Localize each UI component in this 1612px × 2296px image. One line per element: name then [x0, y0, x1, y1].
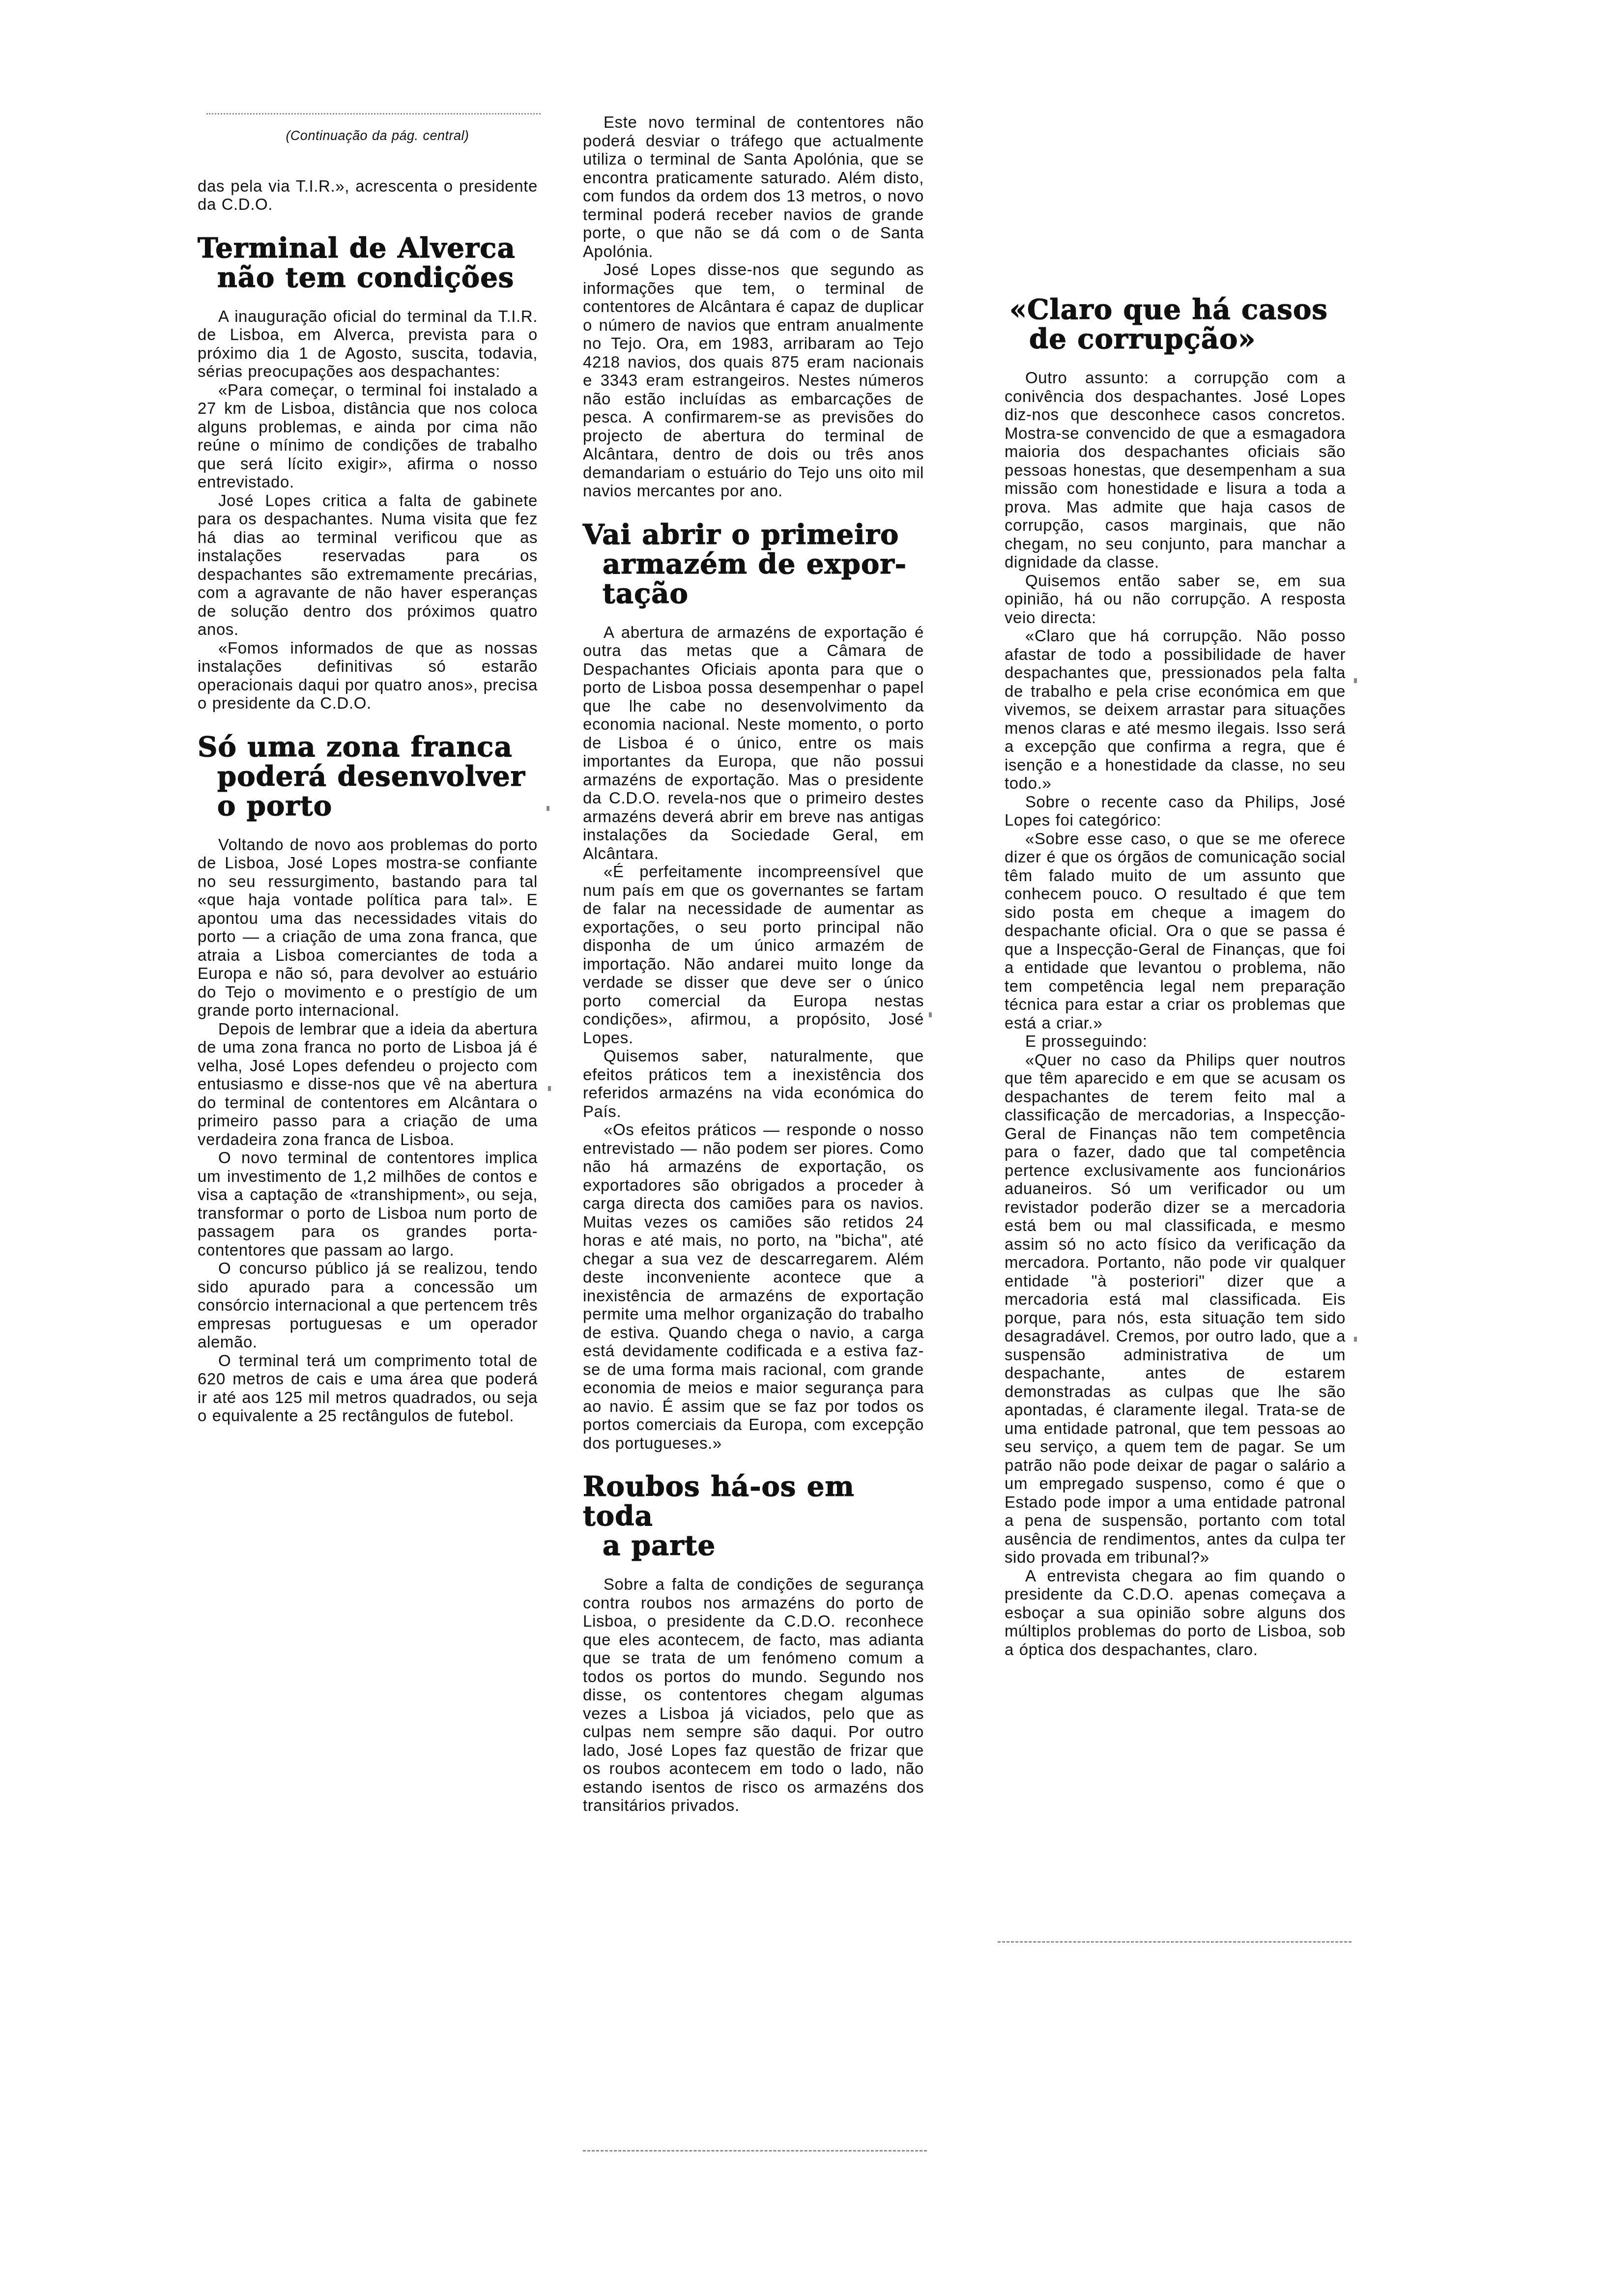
paragraph: «Fomos informados de que as nossas insta… [198, 639, 538, 713]
scan-speck [1354, 678, 1357, 683]
headline-roubos: Roubos há-os em toda a parte [583, 1472, 924, 1560]
headline-terminal-alverca: Terminal de Alverca não tem condições [198, 233, 538, 292]
scan-speck [547, 806, 549, 811]
continuation-note: (Continuação da pág. central) [198, 127, 538, 145]
intro-text: das pela via T.I.R.», acrescenta o presi… [198, 177, 538, 214]
paragraph: «Quer no caso da Philips quer noutros qu… [1005, 1051, 1346, 1567]
paragraph: José Lopes critica a falta de gabinete p… [198, 491, 538, 639]
headline-corrupcao: «Claro que há casos de corrupção» [1005, 295, 1346, 354]
right-column: «Claro que há casos de corrupção» Outro … [1005, 295, 1346, 1659]
paragraph: «É perfeitamente incompreensível que num… [583, 862, 924, 1047]
paragraph: Sobre a falta de condições de segurança … [583, 1575, 924, 1815]
paragraph: O concurso público já se realizou, tendo… [198, 1259, 538, 1351]
scan-speck [1354, 1337, 1357, 1342]
paragraph: Depois de lembrar que a ideia da abertur… [198, 1020, 538, 1149]
headline-line-3: tação [583, 579, 924, 608]
headline-line-2: armazém de expor- [583, 549, 924, 579]
torn-bottom-edge-right [998, 1941, 1352, 1943]
paragraph: A inauguração oficial do terminal da T.I… [198, 307, 538, 381]
paragraph: «Os efeitos práticos — responde o nosso … [583, 1120, 924, 1452]
paragraph: Sobre o recente caso da Philips, José Lo… [1005, 793, 1346, 830]
left-column: (Continuação da pág. central) das pela v… [198, 127, 538, 1425]
paragraph: Voltando de novo aos problemas do porto … [198, 835, 538, 1020]
headline-line-2: não tem condições [198, 263, 538, 292]
torn-top-edge [206, 113, 541, 115]
headline-line-2: a parte [583, 1531, 924, 1560]
headline-line-2: poderá desenvolver [198, 762, 538, 791]
headline-armazem-exportacao: Vai abrir o primeiro armazém de expor- t… [583, 520, 924, 608]
headline-line-1: Roubos há-os em toda [583, 1470, 855, 1532]
headline-line-1: «Claro que há casos [1009, 293, 1328, 326]
paragraph: Quisemos então saber se, em sua opinião,… [1005, 572, 1346, 627]
headline-zona-franca: Só uma zona franca poderá desenvolver o … [198, 732, 538, 821]
newspaper-page: (Continuação da pág. central) das pela v… [0, 0, 1612, 2296]
paragraph: O terminal terá um comprimento total de … [198, 1351, 538, 1425]
scan-speck [929, 1012, 932, 1017]
paragraph: «Sobre esse caso, o que se me oferece di… [1005, 830, 1346, 1033]
paragraph: Outro assunto: a corrupção com a conivên… [1005, 369, 1346, 572]
torn-bottom-edge-middle [583, 2150, 927, 2152]
paragraph: José Lopes disse-nos que segundo as info… [583, 260, 924, 500]
headline-line-1: Só uma zona franca [198, 731, 513, 763]
paragraph: A abertura de armazéns de exportação é o… [583, 623, 924, 863]
middle-column: Este novo terminal de contentores não po… [583, 113, 924, 1815]
paragraph: Quisemos saber, naturalmente, que efeito… [583, 1047, 924, 1120]
paragraph: E prosseguindo: [1005, 1032, 1346, 1051]
headline-line-1: Terminal de Alverca [198, 232, 516, 264]
paragraph: A entrevista chegara ao fim quando o pre… [1005, 1567, 1346, 1659]
headline-line-3: o porto [198, 791, 538, 821]
headline-line-2: de corrupção» [1009, 324, 1346, 354]
paragraph: «Claro que há corrupção. Não posso afast… [1005, 627, 1346, 793]
paragraph: Este novo terminal de contentores não po… [583, 113, 924, 260]
headline-line-1: Vai abrir o primeiro [583, 518, 899, 551]
paragraph: O novo terminal de contentores implica u… [198, 1148, 538, 1259]
scan-speck [548, 1086, 551, 1091]
paragraph: «Para começar, o terminal foi instalado … [198, 381, 538, 491]
